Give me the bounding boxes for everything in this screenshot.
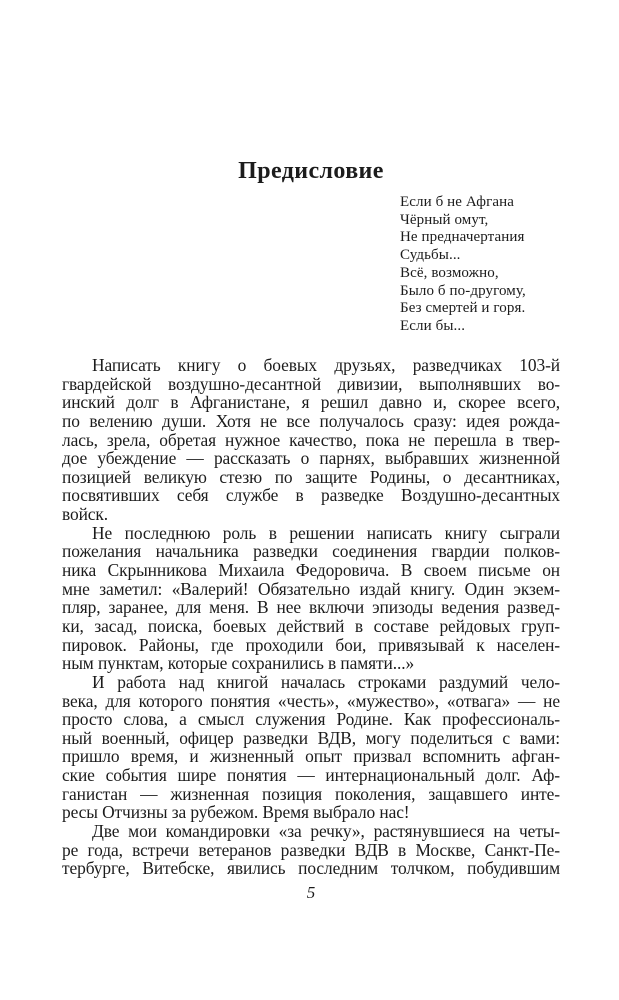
paragraph: И работа над книгой началась строками ра… [62,673,560,822]
text-line: Написать книгу о боевых друзьях, разведч… [62,356,560,375]
text-line: ре года, встречи ветеранов разведки ВДВ … [62,841,560,860]
epigraph-line: Если бы... [400,318,526,336]
text-line: войск. [62,505,560,524]
epigraph-line: Если б не Афгана [400,194,526,212]
text-line: века, для которого понятия «честь», «муж… [62,692,560,711]
text-line: Не последнюю роль в решении написать кни… [62,524,560,543]
epigraph-line: Чёрный омут, [400,212,526,230]
text-line: ный военный, офицер разведки ВДВ, могу п… [62,729,560,748]
text-line: гвардейской воздушно-десантной дивизии, … [62,375,560,394]
text-line: ские события шире понятия — интернациона… [62,766,560,785]
text-line: позицией великую стезю по защите Родины,… [62,468,560,487]
text-line: пировок. Районы, где проходили бои, прив… [62,636,560,655]
text-line: по велению души. Хотя не все получалось … [62,412,560,431]
text-line: пришло время, и жизненный опыт призвал в… [62,747,560,766]
page-title: Предисловие [62,158,560,185]
epigraph-line: Всё, возможно, [400,265,526,283]
text-line: И работа над книгой началась строками ра… [62,673,560,692]
text-line: Две мои командировки «за речку», растяну… [62,822,560,841]
epigraph-line: Было б по-другому, [400,283,526,301]
text-line: мне заметил: «Валерий! Обязательно издай… [62,580,560,599]
text-line: пляр, заранее, для меня. В нее включи эп… [62,598,560,617]
epigraph: Если б не АфганаЧёрный омут,Не предначер… [400,194,526,336]
text-line: лась, зрела, обретая нужное качество, по… [62,431,560,450]
book-page: Предисловие Если б не АфганаЧёрный омут,… [0,0,619,1000]
text-line: посвятивших себя службе в разведке Возду… [62,486,560,505]
paragraph: Написать книгу о боевых друзьях, разведч… [62,356,560,524]
text-line: ки, засад, поиска, боевых действий в сос… [62,617,560,636]
epigraph-line: Судьбы... [400,247,526,265]
epigraph-line: Не предначертания [400,229,526,247]
text-line: инский долг в Афганистане, я решил давно… [62,393,560,412]
epigraph-line: Без смертей и горя. [400,300,526,318]
text-line: просто слова, а смысл служения Родине. К… [62,710,560,729]
body-text: Написать книгу о боевых друзьях, разведч… [62,356,560,878]
page-number: 5 [62,883,560,903]
text-line: ресы Отчизны за рубежом. Время выбрало н… [62,803,560,822]
text-line: ным пунктам, которые сохранились в памят… [62,654,560,673]
text-line: пожелания начальника разведки соединения… [62,542,560,561]
paragraph: Не последнюю роль в решении написать кни… [62,524,560,673]
text-line: ника Скрынникова Михаила Федоровича. В с… [62,561,560,580]
paragraph: Две мои командировки «за речку», растяну… [62,822,560,878]
text-line: тербурге, Витебске, явились последним то… [62,859,560,878]
text-line: дое убеждение — рассказать о парнях, выб… [62,449,560,468]
text-line: ганистан — жизненная позиция поколения, … [62,785,560,804]
